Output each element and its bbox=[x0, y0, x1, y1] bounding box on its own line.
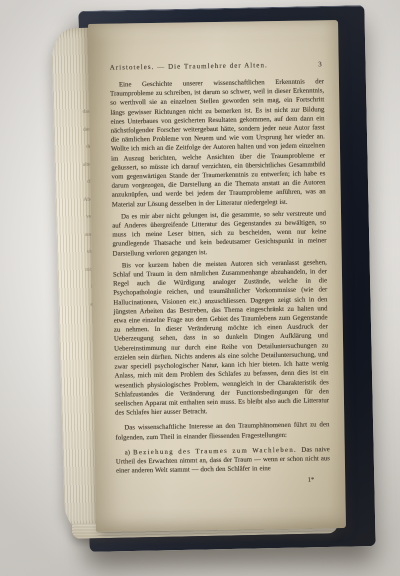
edge-fragment: dem bbox=[61, 121, 92, 139]
item-heading: Beziehung des Traumes zum Wachleben. bbox=[133, 446, 301, 456]
page-number: 3 bbox=[318, 60, 324, 68]
paragraph-1: Eine Geschichte unserer wissenschaftlich… bbox=[110, 77, 326, 209]
paragraph-2: Da es mir aber nicht gelungen ist, die g… bbox=[112, 209, 327, 258]
edge-fragment: der bbox=[62, 139, 93, 157]
edge-fragment: dass bbox=[61, 104, 92, 122]
book-page: Aristoteles. — Die Traumlehre der Alten.… bbox=[88, 20, 346, 532]
page-body: Eine Geschichte unserer wissenschaftlich… bbox=[110, 77, 330, 487]
paragraph-4: Das wissenschaftliche Interesse an den T… bbox=[115, 421, 329, 443]
signature-mark: 1* bbox=[116, 477, 330, 487]
paragraph-5: a) Beziehung des Traumes zum Wachleben. … bbox=[116, 445, 330, 476]
running-header: Aristoteles. — Die Traumlehre der Alten.… bbox=[110, 60, 324, 71]
book-photo: dass dem der alten die Aber ver- auch si… bbox=[0, 0, 400, 576]
running-header-title: Aristoteles. — Die Traumlehre der Alten. bbox=[110, 61, 268, 71]
edge-fragment: alten bbox=[62, 156, 93, 174]
paragraph-3: Bis vor kurzem haben die meisten Autoren… bbox=[113, 258, 329, 418]
